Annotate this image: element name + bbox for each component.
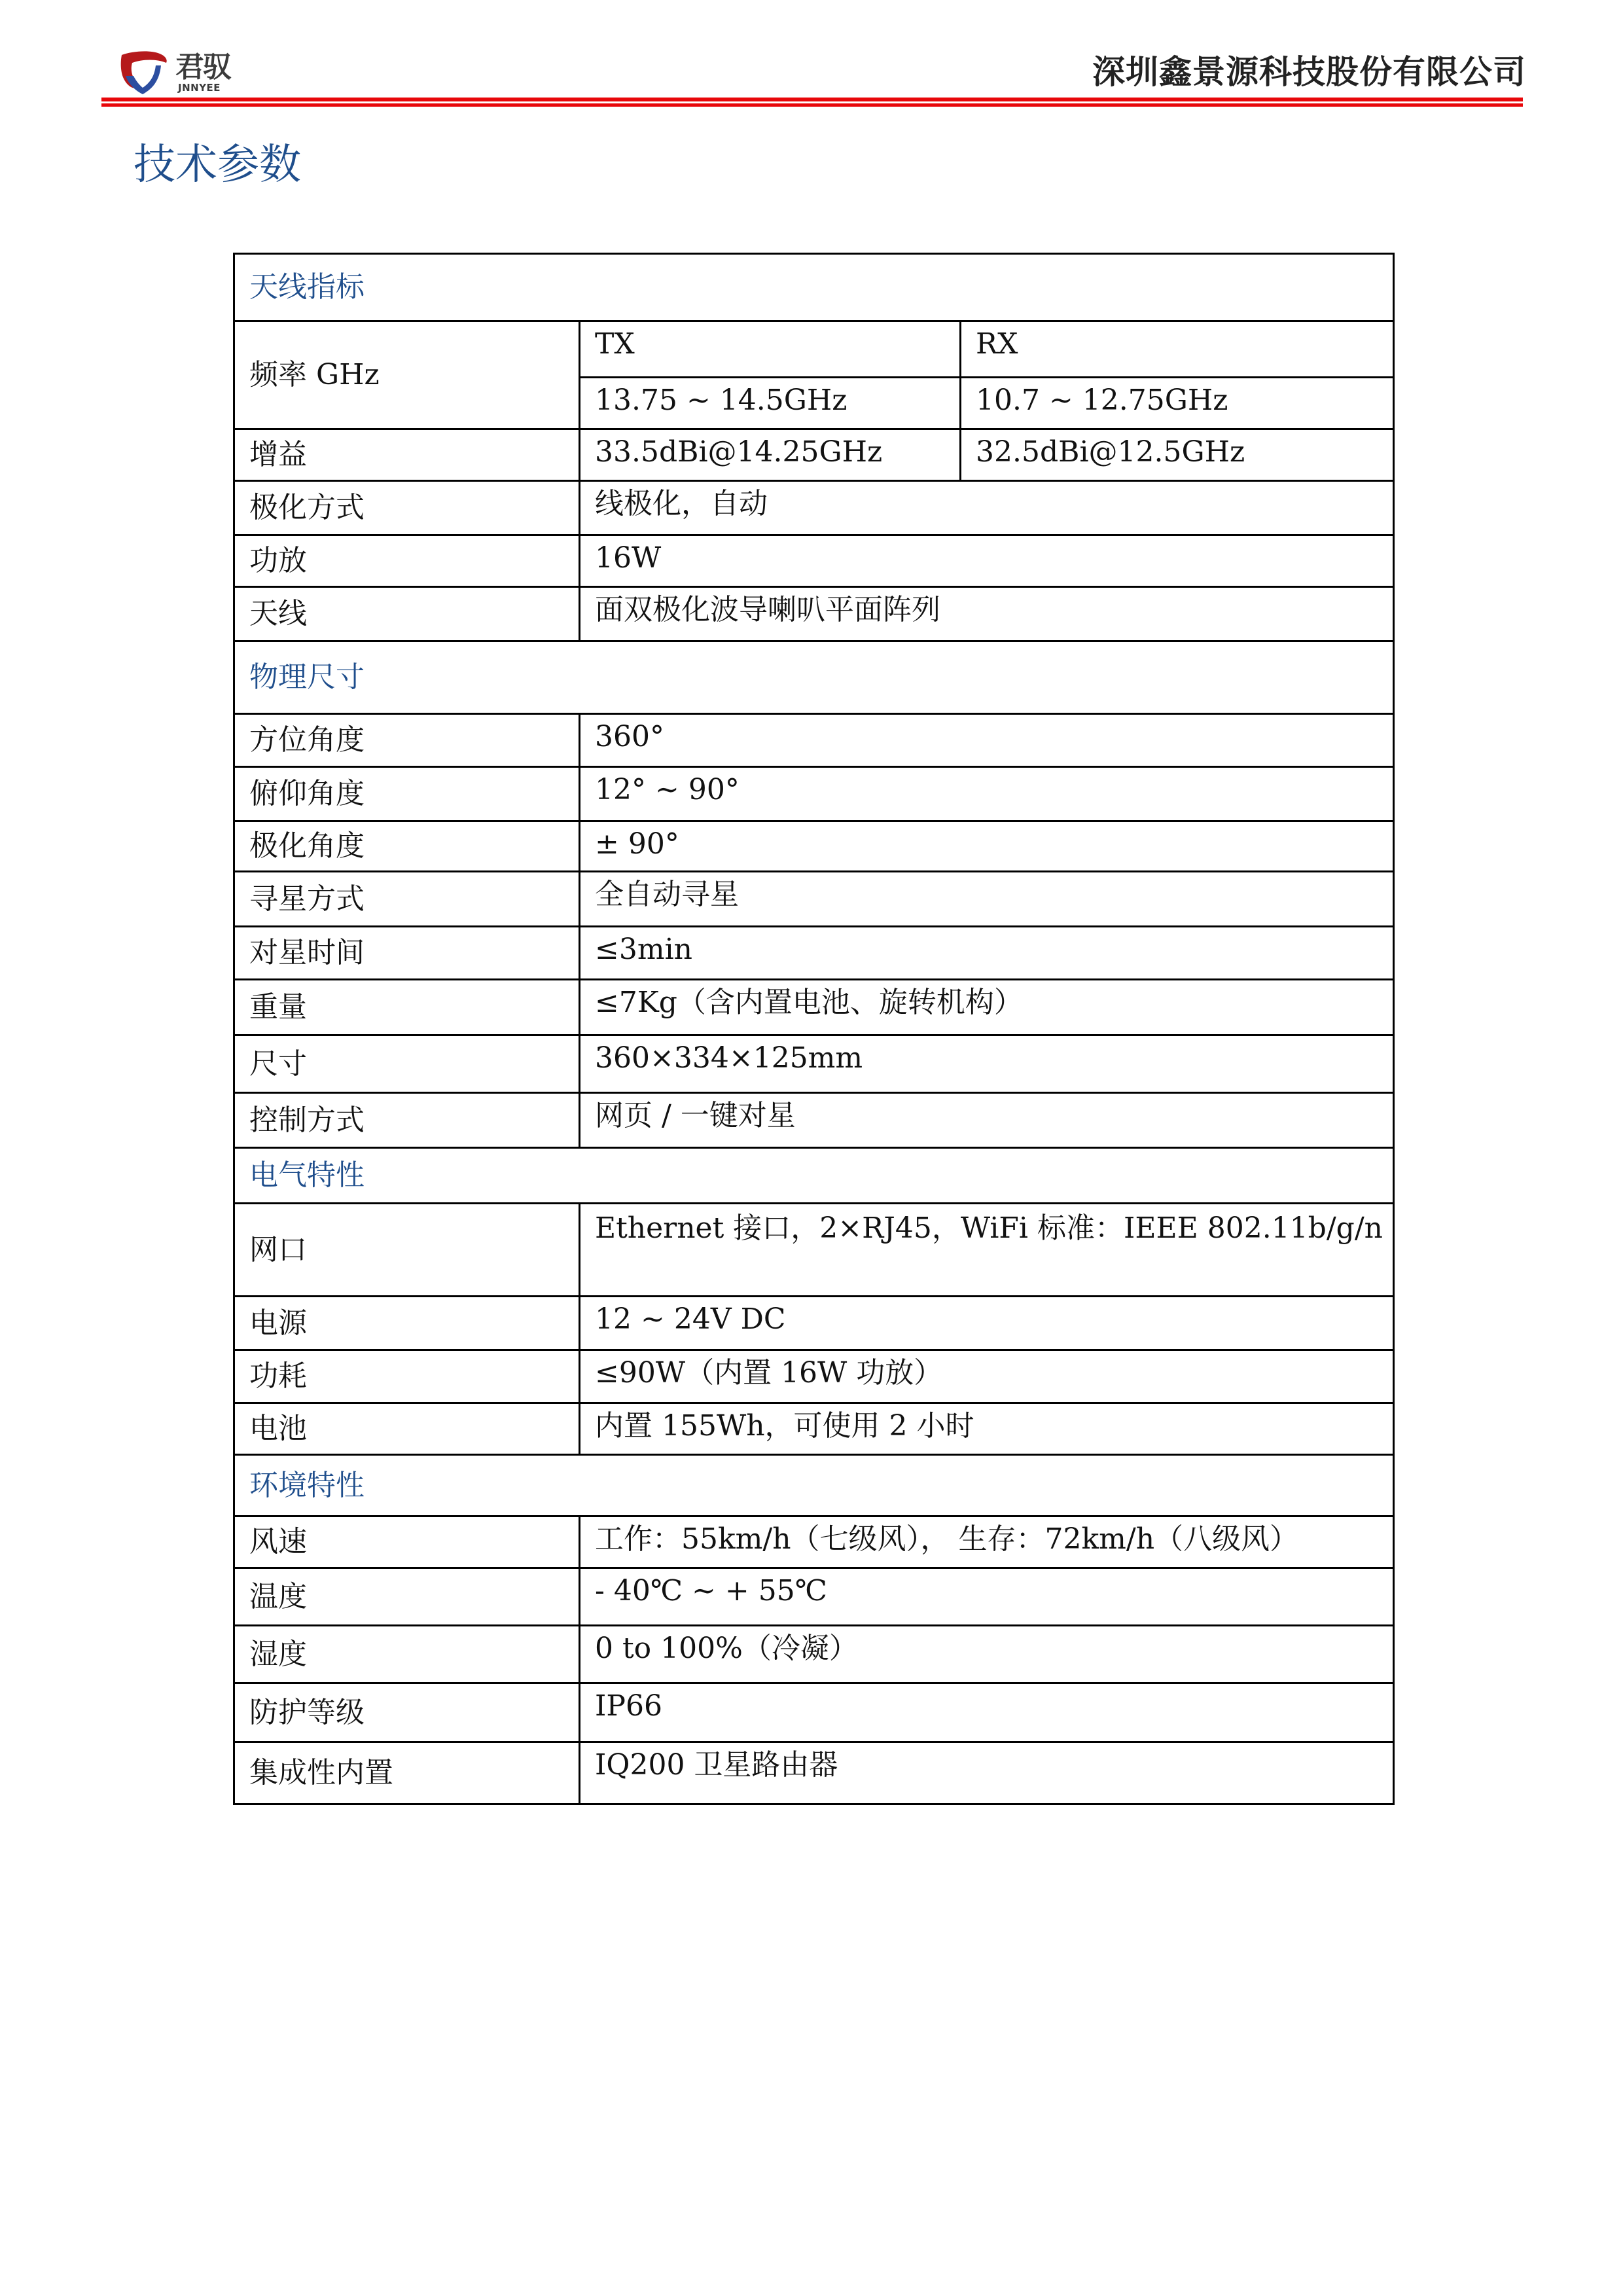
section-header-row: 环境特性 — [234, 1455, 1394, 1516]
row-label: 尺寸 — [234, 1035, 580, 1093]
row-label: 对星时间 — [234, 927, 580, 980]
table-row: 温度 - 40℃ ~ + 55℃ — [234, 1568, 1394, 1626]
header-rule-top — [101, 98, 1523, 101]
row-value: 360° — [580, 714, 1394, 767]
header-rule-bottom — [101, 103, 1523, 107]
row-label-gain: 增益 — [234, 429, 580, 481]
table-row: 重量 ≤7Kg（含内置电池、旋转机构） — [234, 980, 1394, 1035]
rx-frequency-value: 10.7 ~ 12.75GHz — [961, 378, 1394, 429]
row-label-frequency: 频率 GHz — [234, 321, 580, 429]
page-header: 君驭 JNNYEE 深圳鑫景源科技股份有限公司 — [0, 0, 1623, 111]
table-row: 防护等级 IP66 — [234, 1683, 1394, 1742]
row-label: 网口 — [234, 1204, 580, 1297]
table-row: 极化方式 线极化，自动 — [234, 481, 1394, 535]
row-label: 温度 — [234, 1568, 580, 1626]
table-row: 风速 工作：55km/h（七级风）， 生存：72km/h（八级风） — [234, 1516, 1394, 1568]
row-value: - 40℃ ~ + 55℃ — [580, 1568, 1394, 1626]
row-label: 功耗 — [234, 1350, 580, 1403]
row-label: 电源 — [234, 1297, 580, 1350]
row-value: 全自动寻星 — [580, 872, 1394, 927]
row-value: Ethernet 接口，2×RJ45，WiFi 标准：IEEE 802.11b/… — [580, 1204, 1394, 1297]
row-value: 360×334×125mm — [580, 1035, 1394, 1093]
table-row: 俯仰角度 12° ~ 90° — [234, 767, 1394, 821]
company-name: 深圳鑫景源科技股份有限公司 — [1092, 52, 1526, 92]
section-header-row: 电气特性 — [234, 1148, 1394, 1204]
table-row: 电池 内置 155Wh，可使用 2 小时 — [234, 1403, 1394, 1455]
row-label: 功放 — [234, 535, 580, 587]
table-row: 尺寸 360×334×125mm — [234, 1035, 1394, 1093]
section-title-antenna: 天线指标 — [234, 254, 1394, 321]
row-label: 风速 — [234, 1516, 580, 1568]
table-row: 电源 12 ~ 24V DC — [234, 1297, 1394, 1350]
row-value: ± 90° — [580, 821, 1394, 872]
tx-frequency-value: 13.75 ~ 14.5GHz — [580, 378, 961, 429]
row-label: 寻星方式 — [234, 872, 580, 927]
row-value: 面双极化波导喇叭平面阵列 — [580, 587, 1394, 641]
row-label: 极化方式 — [234, 481, 580, 535]
row-value: 网页 / 一键对星 — [580, 1093, 1394, 1148]
row-label: 极化角度 — [234, 821, 580, 872]
rx-gain-value: 32.5dBi@12.5GHz — [961, 429, 1394, 481]
row-value: 12 ~ 24V DC — [580, 1297, 1394, 1350]
row-label: 天线 — [234, 587, 580, 641]
row-label: 集成性内置 — [234, 1742, 580, 1804]
table-row: 增益 33.5dBi@14.25GHz 32.5dBi@12.5GHz — [234, 429, 1394, 481]
table-row: 湿度 0 to 100%（冷凝） — [234, 1626, 1394, 1683]
logo-chinese-text: 君驭 — [175, 52, 230, 82]
row-value: IQ200 卫星路由器 — [580, 1742, 1394, 1804]
table-row: 控制方式 网页 / 一键对星 — [234, 1093, 1394, 1148]
logo-english-text: JNNYEE — [178, 82, 221, 93]
table-row: 频率 GHz TX RX — [234, 321, 1394, 378]
table-row: 网口 Ethernet 接口，2×RJ45，WiFi 标准：IEEE 802.1… — [234, 1204, 1394, 1297]
row-value: 内置 155Wh，可使用 2 小时 — [580, 1403, 1394, 1455]
shield-logo-icon — [119, 50, 169, 96]
row-value: ≤7Kg（含内置电池、旋转机构） — [580, 980, 1394, 1035]
section-title-environmental: 环境特性 — [234, 1455, 1394, 1516]
row-label: 控制方式 — [234, 1093, 580, 1148]
section-header-row: 天线指标 — [234, 254, 1394, 321]
page-title: 技术参数 — [134, 139, 301, 191]
table-row: 集成性内置 IQ200 卫星路由器 — [234, 1742, 1394, 1804]
row-value: 16W — [580, 535, 1394, 587]
section-title-physical: 物理尺寸 — [234, 641, 1394, 714]
table-row: 寻星方式 全自动寻星 — [234, 872, 1394, 927]
company-logo: 君驭 JNNYEE — [119, 50, 250, 97]
row-label: 方位角度 — [234, 714, 580, 767]
row-label: 湿度 — [234, 1626, 580, 1683]
row-value: 工作：55km/h（七级风）， 生存：72km/h（八级风） — [580, 1516, 1394, 1568]
table-row: 极化角度 ± 90° — [234, 821, 1394, 872]
row-label: 重量 — [234, 980, 580, 1035]
row-value: 0 to 100%（冷凝） — [580, 1626, 1394, 1683]
row-value: ≤3min — [580, 927, 1394, 980]
row-label: 电池 — [234, 1403, 580, 1455]
row-value: IP66 — [580, 1683, 1394, 1742]
row-value: 线极化，自动 — [580, 481, 1394, 535]
section-title-electrical: 电气特性 — [234, 1148, 1394, 1204]
table-row: 方位角度 360° — [234, 714, 1394, 767]
row-value: 12° ~ 90° — [580, 767, 1394, 821]
row-label: 防护等级 — [234, 1683, 580, 1742]
table-row: 功放 16W — [234, 535, 1394, 587]
tx-gain-value: 33.5dBi@14.25GHz — [580, 429, 961, 481]
row-label: 俯仰角度 — [234, 767, 580, 821]
section-header-row: 物理尺寸 — [234, 641, 1394, 714]
table-row: 功耗 ≤90W（内置 16W 功放） — [234, 1350, 1394, 1403]
table-row: 天线 面双极化波导喇叭平面阵列 — [234, 587, 1394, 641]
tx-header: TX — [580, 321, 961, 378]
row-value: ≤90W（内置 16W 功放） — [580, 1350, 1394, 1403]
rx-header: RX — [961, 321, 1394, 378]
table-row: 对星时间 ≤3min — [234, 927, 1394, 980]
spec-table: 天线指标 频率 GHz TX RX 13.75 ~ 14.5GHz 10.7 ~… — [233, 253, 1395, 1805]
